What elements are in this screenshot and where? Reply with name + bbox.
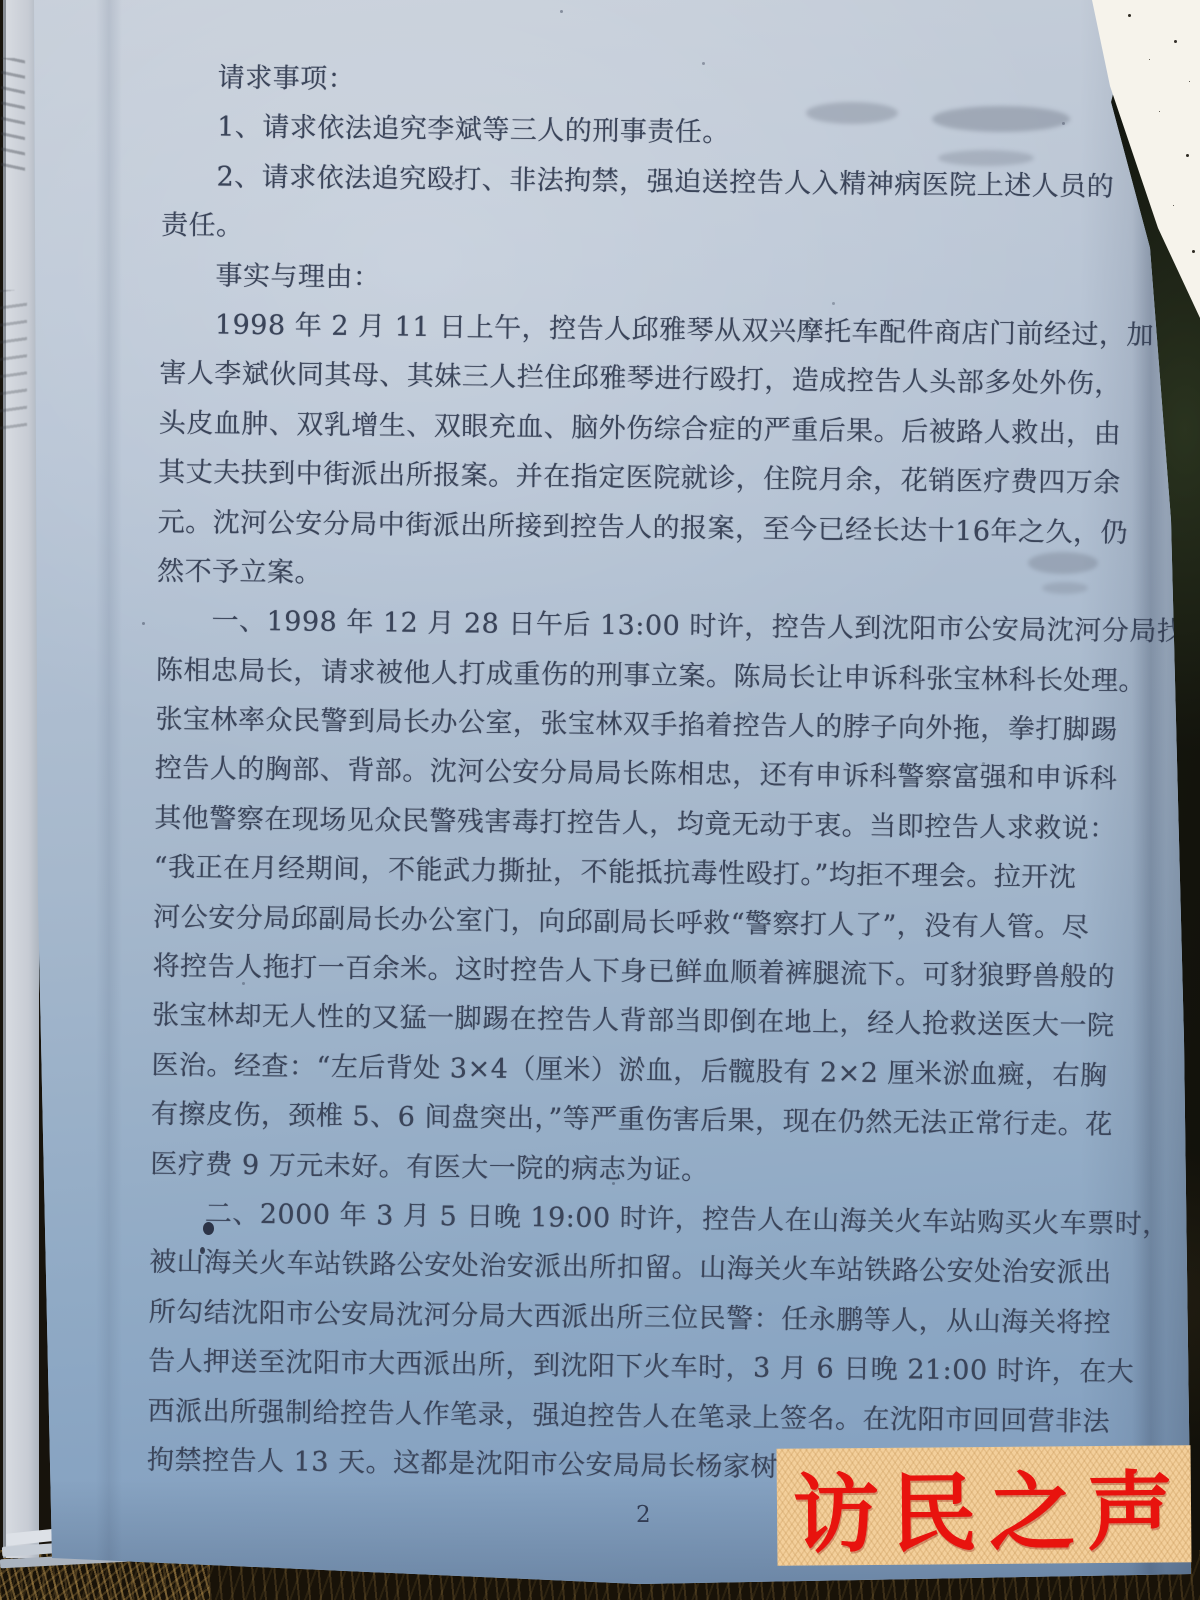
page-number: 2 xyxy=(636,1502,651,1528)
photocopy-smudge xyxy=(938,150,1034,166)
photocopy-smudge xyxy=(932,106,1070,132)
document-text: 请求事项： 1、请求依法追究李斌等三人的刑事责任。 2、请求依法追究殴打、非法拘… xyxy=(147,53,1158,1497)
document-page: 请求事项： 1、请求依法追究李斌等三人的刑事责任。 2、请求依法追究殴打、非法拘… xyxy=(0,0,1200,1600)
paper-crease xyxy=(96,0,122,1600)
ink-blot xyxy=(203,1222,214,1235)
watermark-text: 访民之声 xyxy=(782,1442,1185,1570)
photocopy-smudge xyxy=(1028,552,1098,574)
photocopy-smudge xyxy=(806,102,898,124)
watermark-badge: 访民之声 xyxy=(776,1445,1191,1566)
photo-scene: 请求事项： 1、请求依法追究李斌等三人的刑事责任。 2、请求依法追究殴打、非法拘… xyxy=(0,0,1200,1600)
handwriting-mark xyxy=(0,290,27,440)
photocopy-smudge xyxy=(1042,582,1088,594)
adjacent-page-edge xyxy=(3,0,39,1558)
handwriting-mark xyxy=(1,58,25,178)
